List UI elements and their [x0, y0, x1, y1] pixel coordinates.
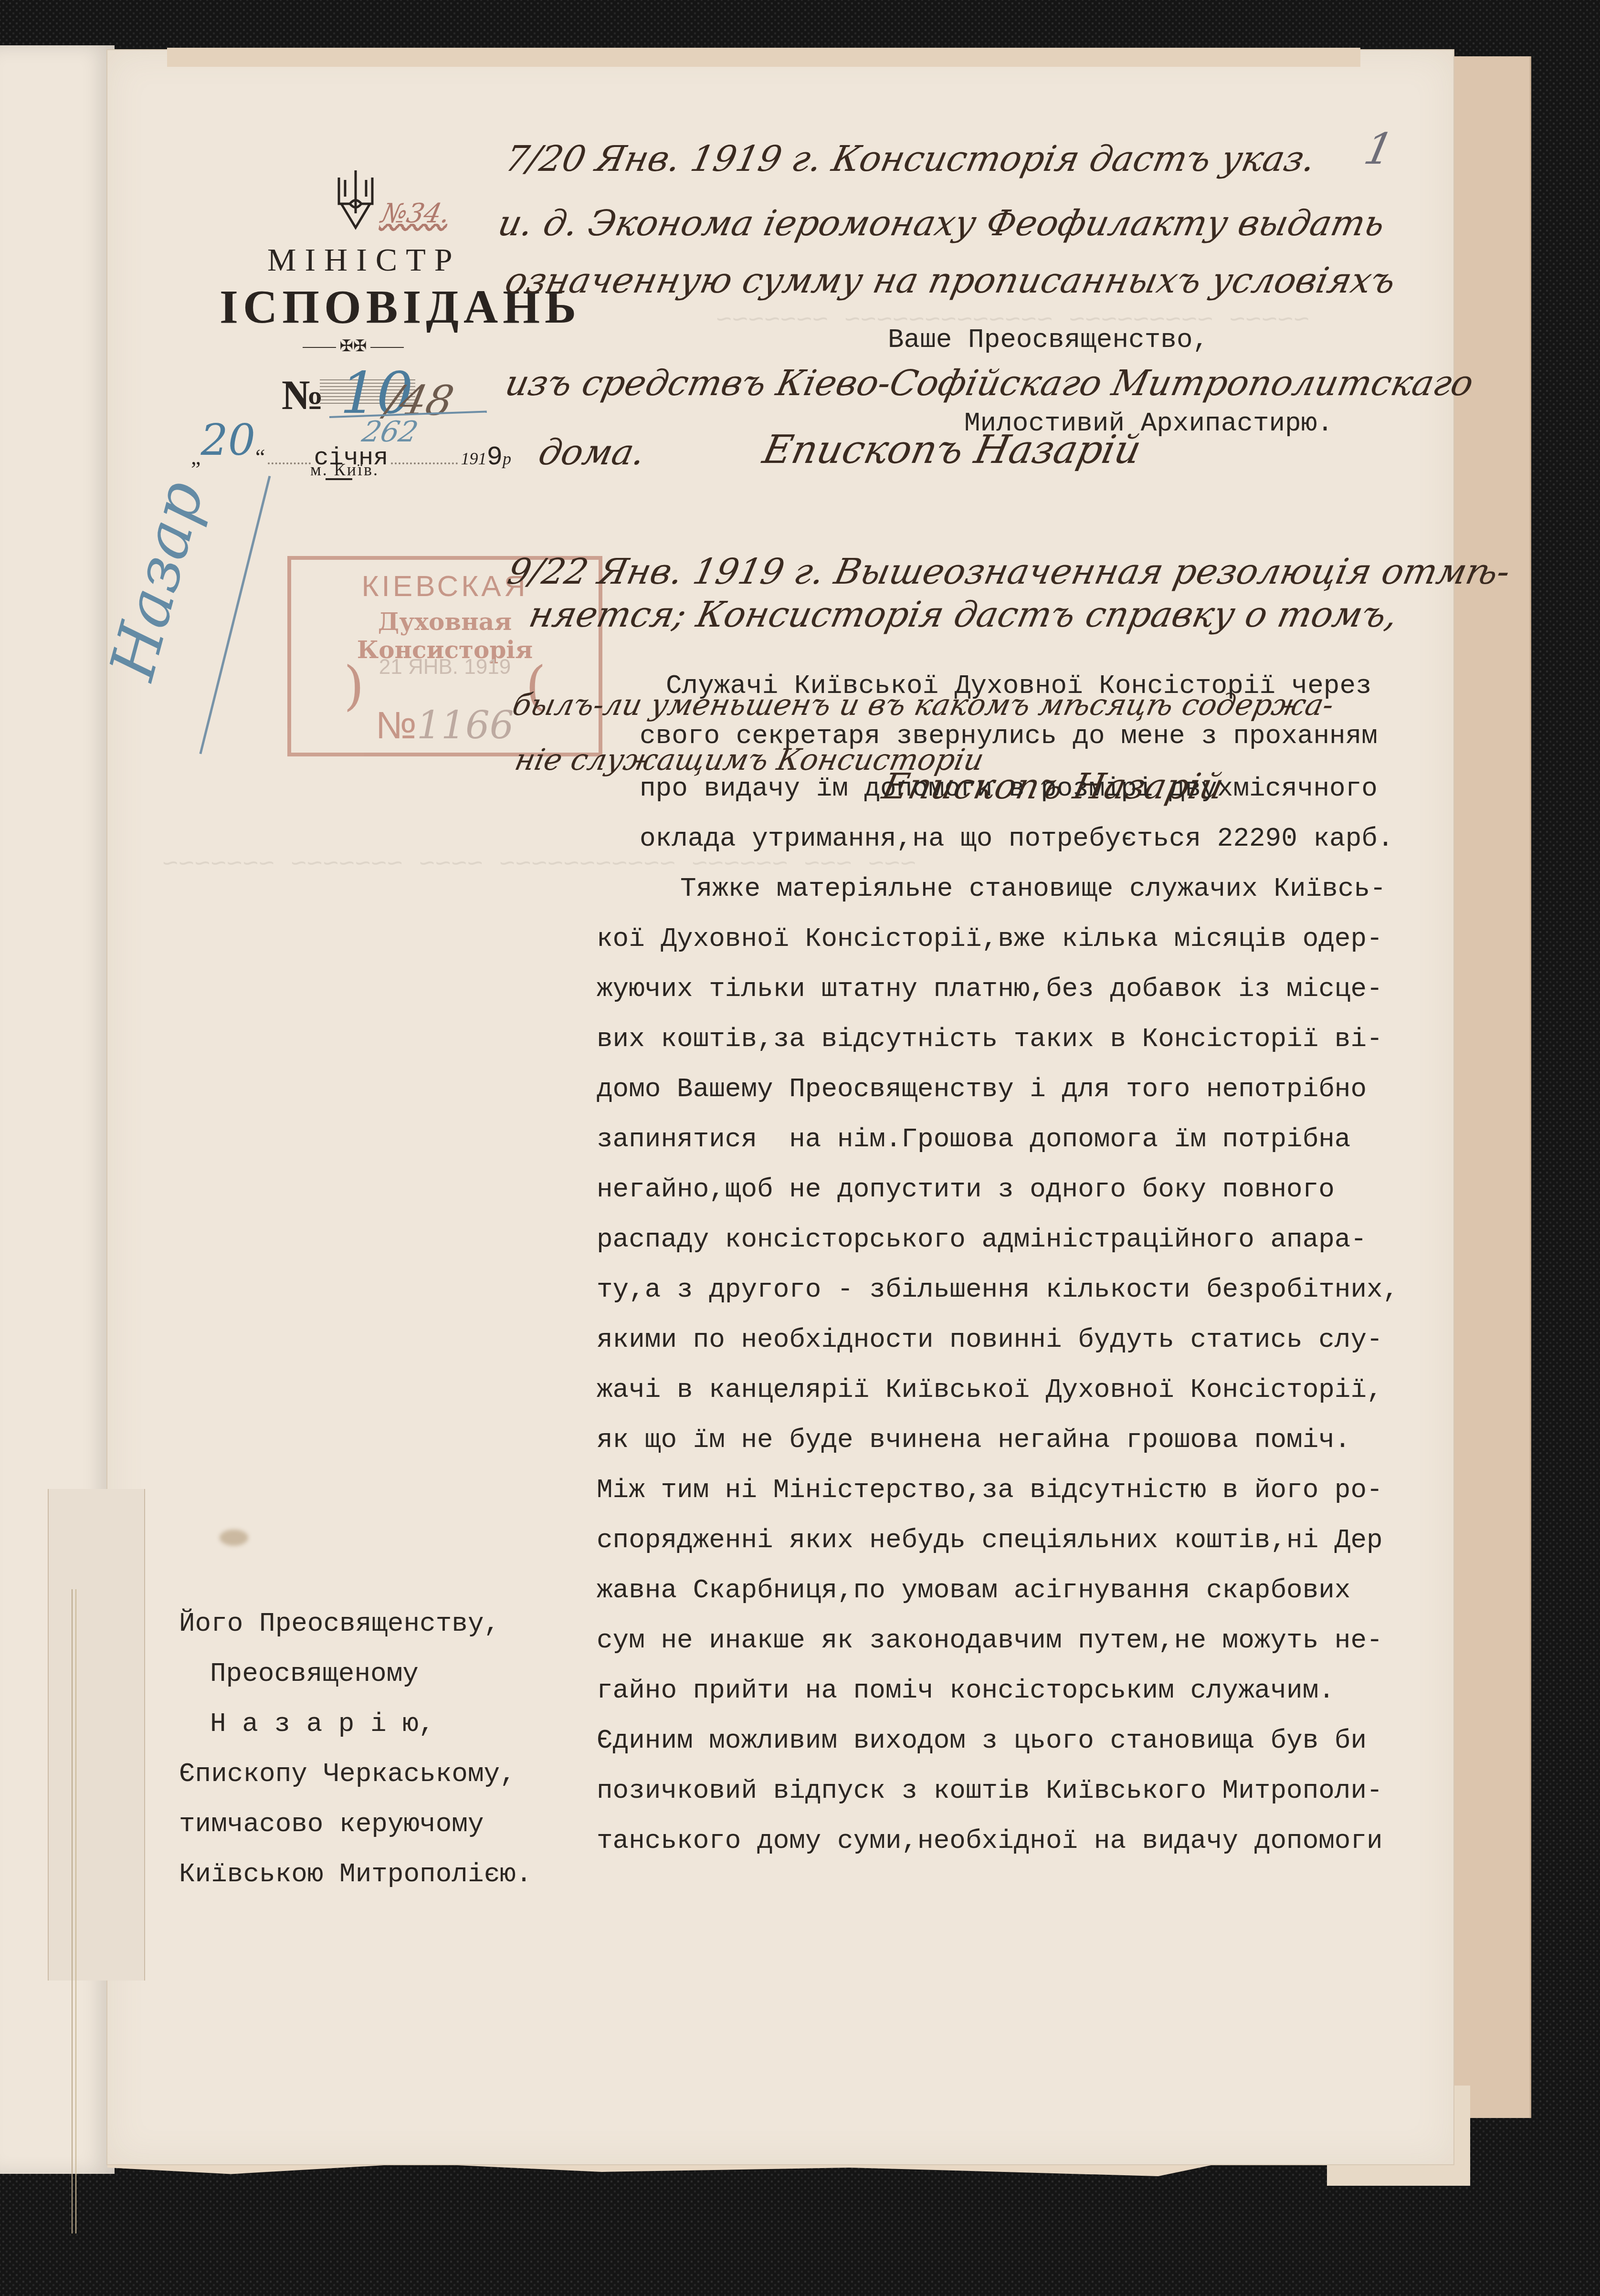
body-line: спорядженні яких небудь спеціяльних кошт… [597, 1525, 1383, 1555]
body-line: танського дому суми,необхідної на видачу… [597, 1825, 1383, 1856]
letterhead-ministry-line1: МІНІСТР [267, 241, 461, 279]
date-year-unit: р [503, 449, 511, 468]
body-line: свого секретаря звернулись до мене з про… [640, 721, 1378, 751]
letterhead-number-label: № [282, 371, 324, 419]
letterhead-rule [326, 478, 352, 480]
date-day: 20 [200, 415, 255, 465]
addressee-line: Його Преосвященству, [179, 1608, 500, 1639]
resolution-1-line: изъ средствъ Кіево-Софійскаго Митрополит… [502, 363, 1477, 404]
sheet-top-edge [167, 48, 1360, 67]
body-line: позичковий відпуск з коштів Київського М… [597, 1775, 1383, 1806]
body-line: про видачу їм допомоги в розмірі двухміс… [640, 773, 1378, 804]
body-line: ту,а з другого - збільшення кількости бе… [597, 1274, 1399, 1305]
body-line: кої Духовної Консісторії,вже кілька міся… [597, 923, 1383, 954]
registry-number-red: №34. [379, 198, 453, 229]
body-line: негайно,щоб не допустити з одного боку п… [597, 1174, 1335, 1205]
body-line: запинятися на нім.Грошова допомога їм по… [597, 1124, 1350, 1154]
trident-icon [332, 168, 379, 230]
body-line: як що їм не буде вчинена негайна грошова… [597, 1425, 1350, 1455]
letterhead-city: м. Київ. [310, 460, 379, 480]
resolution-1-line: означенную сумму на прописанныхъ условія… [502, 260, 1399, 301]
addressee-line: Єпископу Черкаському, [179, 1759, 516, 1789]
body-line: сум не инакше як законодавчим путем,не м… [597, 1625, 1383, 1656]
body-line: Єдиним можливим виходом з цього становищ… [597, 1725, 1367, 1756]
body-line: жавна Скарбниця,по умовам асігнування ск… [597, 1575, 1350, 1605]
addressee-line: Київською Митрополією. [179, 1859, 532, 1889]
binding-thread [72, 1589, 76, 2233]
body-line: жачі в канцелярії Київської Духовної Кон… [597, 1374, 1383, 1405]
body-line: оклада утримання,на що потребується 2229… [640, 823, 1393, 854]
addressee-line: Преосвященому [210, 1658, 419, 1689]
letterhead-ornament: ✠✠ [282, 336, 425, 356]
body-line: якими по необхідности повинні будуть ста… [597, 1324, 1383, 1355]
resolution-1-line: и. д. Эконома іеромонаху Феофилакту выда… [495, 203, 1389, 244]
resolution-2-line: няется; Консисторія дастъ справку о томъ… [526, 594, 1401, 635]
stamp-number-label: № [376, 704, 417, 746]
resolution-2-line: 9/22 Янв. 1919 г. Вышеозначенная резолюц… [504, 551, 1514, 592]
body-line: Служачі Київської Духовної Консісторії ч… [666, 671, 1372, 701]
resolution-1-line: 7/20 Янв. 1919 г. Консисторія дастъ указ… [502, 138, 1319, 179]
body-line: распаду консісторського адміністраційног… [597, 1224, 1367, 1255]
stamp-date: 21 ЯНВ. 1919 [291, 655, 599, 679]
resolution-1-line: дома. [535, 432, 649, 473]
body-line: гайно прийти на поміч консісторським слу… [597, 1675, 1335, 1706]
addressee-line: Н а з а р і ю, [210, 1709, 434, 1739]
date-year-suffix: 9 [486, 442, 503, 472]
body-line: жуючих тільки штатну платню,без добавок … [597, 974, 1383, 1004]
stamp-number-value: 1166 [417, 703, 514, 747]
body-line: Між тим ні Міністерство,за відсутністю в… [597, 1475, 1383, 1505]
salutation-line1: Ваше Преосвященство, [888, 325, 1209, 355]
body-line: домо Вашему Преосвященству і для того не… [597, 1074, 1367, 1104]
salutation-line2: Милостивий Архипастирю. [964, 408, 1333, 439]
binding-tab [48, 1489, 145, 1981]
date-year-prefix: 191 [461, 449, 486, 468]
ink-stain [220, 1530, 248, 1546]
body-line: вих коштів,за відсутність таких в Консіс… [597, 1024, 1383, 1054]
body-line: Тяжке матеріяльне становище служачих Киї… [680, 873, 1386, 904]
addressee-line: тимчасово керуючому [179, 1809, 484, 1839]
